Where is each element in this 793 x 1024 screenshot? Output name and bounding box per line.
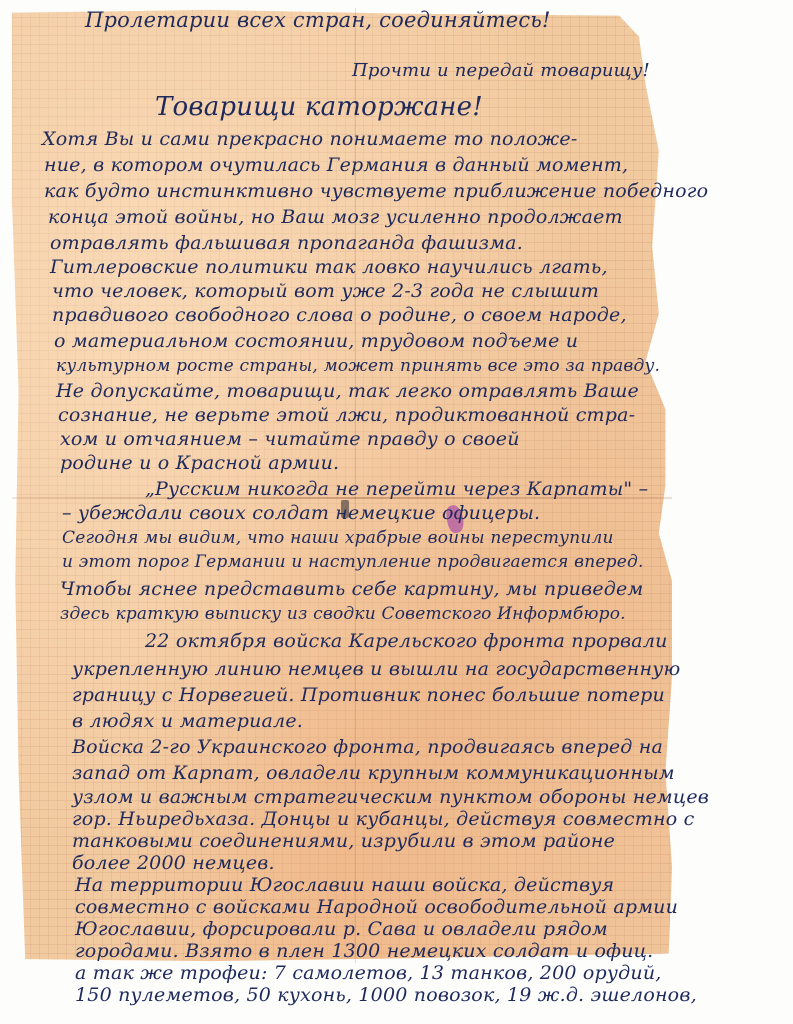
pass-on-instruction: Прочти и передай товарищу! xyxy=(352,60,650,81)
text-line: и этот порог Германии и наступление прод… xyxy=(62,552,644,572)
text-line: что человек, который вот уже 2-3 года не… xyxy=(52,280,599,302)
text-line: Не допускайте, товарищи, так легко отрав… xyxy=(56,380,639,402)
text-line: культурном росте страны, может принять в… xyxy=(56,356,660,376)
text-line: более 2000 немцев. xyxy=(72,852,275,874)
text-line: а так же трофеи: 7 самолетов, 13 танков,… xyxy=(75,962,662,984)
text-line: Войска 2-го Украинского фронта, продвига… xyxy=(72,736,663,758)
text-line: Хотя Вы и сами прекрасно понимаете то по… xyxy=(42,128,578,150)
text-line: ние, в котором очутилась Германия в данн… xyxy=(44,154,628,176)
slogan: Пролетарии всех стран, соединяйтесь! xyxy=(85,8,551,32)
text-line: Чтобы яснее представить себе картину, мы… xyxy=(60,578,643,600)
text-line: Югославии, форсировали р. Сава и овладел… xyxy=(75,918,608,940)
text-line: запад от Карпат, овладели крупным коммун… xyxy=(72,762,675,784)
text-line: о материальном состоянии, трудовом подъе… xyxy=(54,330,578,352)
text-line: как будто инстинктивно чувствуете прибли… xyxy=(44,180,708,202)
text-line: Сегодня мы видим, что наши храбрые воины… xyxy=(62,528,614,548)
text-line: Гитлеровские политики так ловко научилис… xyxy=(50,256,608,278)
text-line: укрепленную линию немцев и вышли на госу… xyxy=(72,658,680,680)
scanned-page: Пролетарии всех стран, соединяйтесь! Про… xyxy=(0,0,793,1024)
letter-heading: Товарищи каторжане! xyxy=(155,92,483,122)
text-line: правдивого свободного слова о родине, о … xyxy=(52,304,627,326)
text-line: в людях и материале. xyxy=(72,710,303,732)
text-line: здесь краткую выписку из сводки Советско… xyxy=(60,604,626,624)
text-line: конца этой войны, но Ваш мозг усиленно п… xyxy=(48,206,623,228)
text-line: родине и о Красной армии. xyxy=(60,452,339,474)
text-line: городами. Взято в плен 1300 немецких сол… xyxy=(75,940,653,962)
text-line: сознание, не верьте этой лжи, продиктова… xyxy=(58,404,635,426)
text-line: хом и отчаянием – читайте правду о своей xyxy=(60,428,520,450)
text-line: 150 пулеметов, 50 кухонь, 1000 повозок, … xyxy=(75,984,697,1006)
text-line: совместно с войсками Народной освободите… xyxy=(75,896,678,918)
text-line: танковыми соединениями, изрубили в этом … xyxy=(72,830,615,852)
text-line: „Русским никогда не перейти через Карпат… xyxy=(145,478,648,500)
text-line: узлом и важным стратегическим пунктом об… xyxy=(72,786,709,808)
text-line: На территории Югославии наши войска, дей… xyxy=(75,874,614,896)
text-line: гор. Ньиредьхаза. Донцы и кубанцы, дейст… xyxy=(72,808,694,830)
text-line: границу с Норвегией. Противник понес бол… xyxy=(72,684,665,706)
text-line: 22 октября войска Карельского фронта про… xyxy=(145,630,668,652)
text-line: – убеждали своих солдат немецкие офицеры… xyxy=(62,502,540,524)
text-line: отравлять фальшивая пропаганда фашизма. xyxy=(50,232,523,254)
